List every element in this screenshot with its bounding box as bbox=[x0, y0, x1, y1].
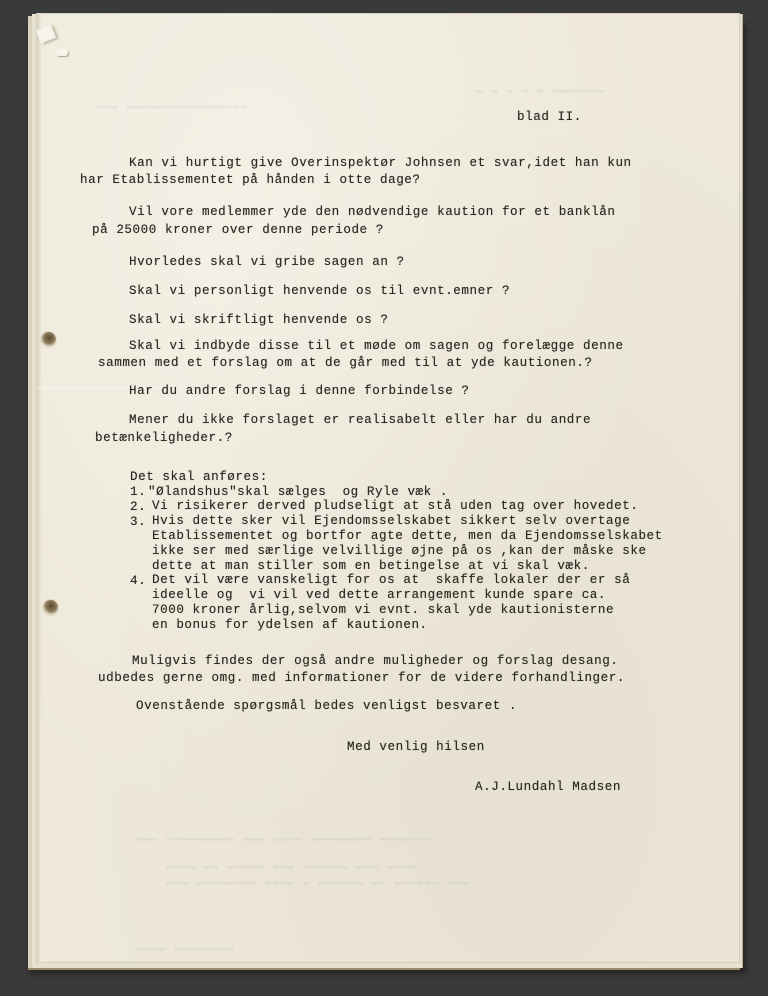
paragraph-line: betænkeligheder.? bbox=[95, 431, 233, 446]
torn-staple-corner bbox=[56, 49, 68, 56]
list-number: 1. bbox=[130, 485, 146, 500]
list-item-line: Vi risikerer derved pludseligt at stå ud… bbox=[152, 499, 638, 514]
list-number: 2. bbox=[130, 500, 146, 515]
question-line: Har du andre forslag i denne forbindelse… bbox=[129, 384, 470, 399]
paragraph-line: Mener du ikke forslaget er realisabelt e… bbox=[129, 413, 591, 428]
question-line: Skal vi skriftligt henvende os ? bbox=[129, 313, 388, 328]
punch-hole-icon bbox=[41, 332, 56, 347]
list-item-line: Det vil være vanskeligt for os at skaffe… bbox=[152, 573, 630, 588]
list-item-line: 7000 kroner årlig,selvom vi evnt. skal y… bbox=[152, 603, 614, 618]
list-item-line: en bonus for ydelsen af kautionen. bbox=[152, 618, 428, 633]
punch-hole-icon bbox=[43, 600, 58, 615]
typewritten-page: ▬ ▬ ▬ ▬ ▬ ▬▬▬▬▬▬▬ ▬▬▬ ▬▬▬▬▬▬▬▬▬▬▬▬▬▬▬▬ ▬… bbox=[36, 13, 740, 963]
question-line: Skal vi personligt henvende os til evnt.… bbox=[129, 284, 510, 299]
question-line: Hvorledes skal vi gribe sagen an ? bbox=[129, 255, 405, 270]
request-line: Ovenstående spørgsmål bedes venligst bes… bbox=[136, 699, 517, 714]
list-item-line: Hvis dette sker vil Ejendomsselskabet si… bbox=[152, 514, 630, 529]
paragraph-line: Skal vi indbyde disse til et møde om sag… bbox=[129, 339, 624, 354]
bleed-through-text: ▬▬▬ ▬▬▬▬▬▬▬▬▬▬▬▬▬▬▬▬ bbox=[96, 101, 248, 113]
list-number: 4. bbox=[130, 574, 146, 589]
closing-line: Muligvis findes der også andre mulighede… bbox=[132, 654, 618, 669]
bleed-through-text: ▬▬▬▬ ▬▬▬▬▬▬▬▬ bbox=[136, 943, 235, 955]
bleed-through-text: ▬▬▬▬ ▬▬ ▬▬▬▬▬ ▬▬▬ ▬▬▬▬▬▬ ▬▬▬ ▬▬▬▬ bbox=[166, 861, 417, 873]
paragraph-line: Vil vore medlemmer yde den nødvendige ka… bbox=[129, 205, 615, 220]
salutation: Med venlig hilsen bbox=[347, 740, 485, 755]
paragraph-line: på 25000 kroner over denne periode ? bbox=[92, 223, 384, 238]
list-item-line: ideelle og vi vil ved dette arrangement … bbox=[152, 588, 606, 603]
list-intro: Det skal anføres: bbox=[130, 470, 268, 485]
bleed-through-text: ▬ ▬ ▬ ▬ ▬ ▬▬▬▬▬▬▬ bbox=[476, 85, 605, 97]
list-item-line: Etablissementet og bortfor agte dette, m… bbox=[152, 529, 663, 544]
bleed-through-text: ▬▬▬ ▬▬▬▬▬▬▬▬▬ ▬▬▬ ▬▬▬▬ ▬▬▬▬▬▬▬▬ ▬▬▬▬▬▬▬ bbox=[136, 833, 432, 845]
paragraph-line: har Etablissementet på hånden i otte dag… bbox=[80, 173, 421, 188]
bleed-through-text: ▬▬▬ ▬▬▬▬▬▬▬▬ ▬▬▬▬ ▬ ▬▬▬▬▬▬ ▬▬ ▬▬▬▬▬▬ ▬▬▬ bbox=[166, 877, 470, 889]
list-item-line: dette at man stiller som en betingelse a… bbox=[152, 559, 590, 574]
page-edge bbox=[36, 13, 41, 963]
signature: A.J.Lundahl Madsen bbox=[475, 780, 621, 795]
list-item-line: "Ølandshus"skal sælges og Ryle væk . bbox=[148, 485, 448, 500]
paragraph-line: Kan vi hurtigt give Overinspektør Johnse… bbox=[129, 156, 632, 171]
list-item-line: ikke ser med særlige velvillige øjne på … bbox=[152, 544, 647, 559]
list-number: 3. bbox=[130, 515, 146, 530]
closing-line: udbedes gerne omg. med informationer for… bbox=[98, 671, 625, 686]
page-label: blad II. bbox=[517, 110, 582, 125]
paragraph-line: sammen med et forslag om at de går med t… bbox=[98, 356, 593, 371]
